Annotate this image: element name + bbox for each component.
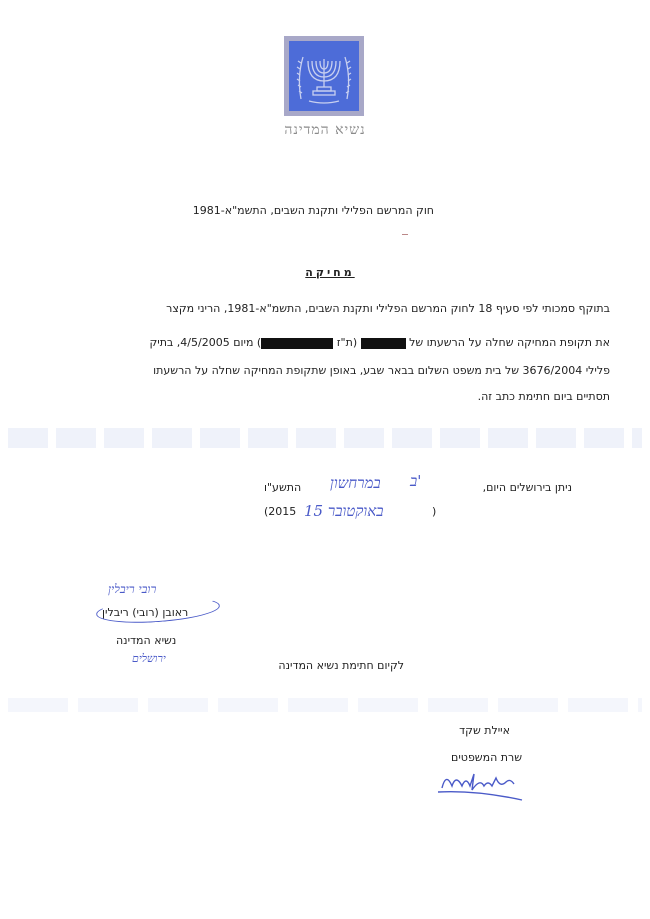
- letterhead-caption: נשיא המדינה: [270, 122, 380, 139]
- menorah-emblem-icon: [289, 41, 359, 111]
- body-line-3: פלילי 3676/2004 של בית משפט השלום בבאר ש…: [50, 364, 610, 377]
- body-line-2-part-a: את תקופת המחיקה שחלה על הרשעתו של: [409, 336, 610, 349]
- state-emblem: [284, 36, 364, 116]
- document-page: נשיא המדינה חוק המרשם הפלילי ותקנת השבים…: [0, 0, 650, 919]
- redacted-id-block: [261, 338, 333, 349]
- handwritten-hebrew-day: ב': [410, 472, 421, 491]
- document-heading: מחיקה: [280, 266, 380, 279]
- body-line-2: את תקופת המחיקה שחלה על הרשעתו של (ת"ז )…: [50, 336, 610, 349]
- stray-mark: [402, 234, 408, 235]
- body-line-1: בתוקף סמכותי לפי סעיף 18 לחוק המרשם הפלי…: [50, 302, 610, 315]
- law-title: חוק המרשם הפלילי ותקנת השבים, התשמ"א-198…: [193, 204, 434, 217]
- redacted-name-block: [361, 338, 406, 349]
- bleed-through-text-2: [8, 698, 642, 712]
- countersign-text: לקיום חתימת נשיא המדינה: [278, 659, 404, 672]
- hebrew-year: התשע"ו: [264, 481, 301, 494]
- handwritten-hebrew-month: במרחשון: [330, 474, 381, 493]
- president-name: ראובן (רובי) ריבלין: [102, 606, 188, 619]
- gregorian-paren: ): [432, 505, 436, 518]
- minister-name: איילת שקד: [459, 724, 510, 737]
- body-line-4: תסתיים ביום חתימת כתב זה.: [50, 390, 610, 403]
- gregorian-year: (2015: [264, 505, 296, 518]
- bleed-through-text: [8, 428, 642, 448]
- minister-signature-icon: [436, 766, 526, 804]
- president-handwritten-mark: ירושלים: [132, 652, 166, 665]
- given-in-jerusalem: ניתן בירושלים היום,: [483, 481, 572, 494]
- president-signature: רובי ריבלין: [108, 582, 156, 597]
- president-title: נשיא המדינה: [116, 634, 176, 647]
- body-line-2-part-c: ) מיום 4/5/2005, בתיק: [149, 336, 261, 349]
- minister-title: שרת המשפטים: [451, 751, 522, 764]
- handwritten-gregorian-date: 15 באוקטובר: [304, 502, 383, 521]
- body-line-2-part-b: (ת"ז: [337, 336, 357, 349]
